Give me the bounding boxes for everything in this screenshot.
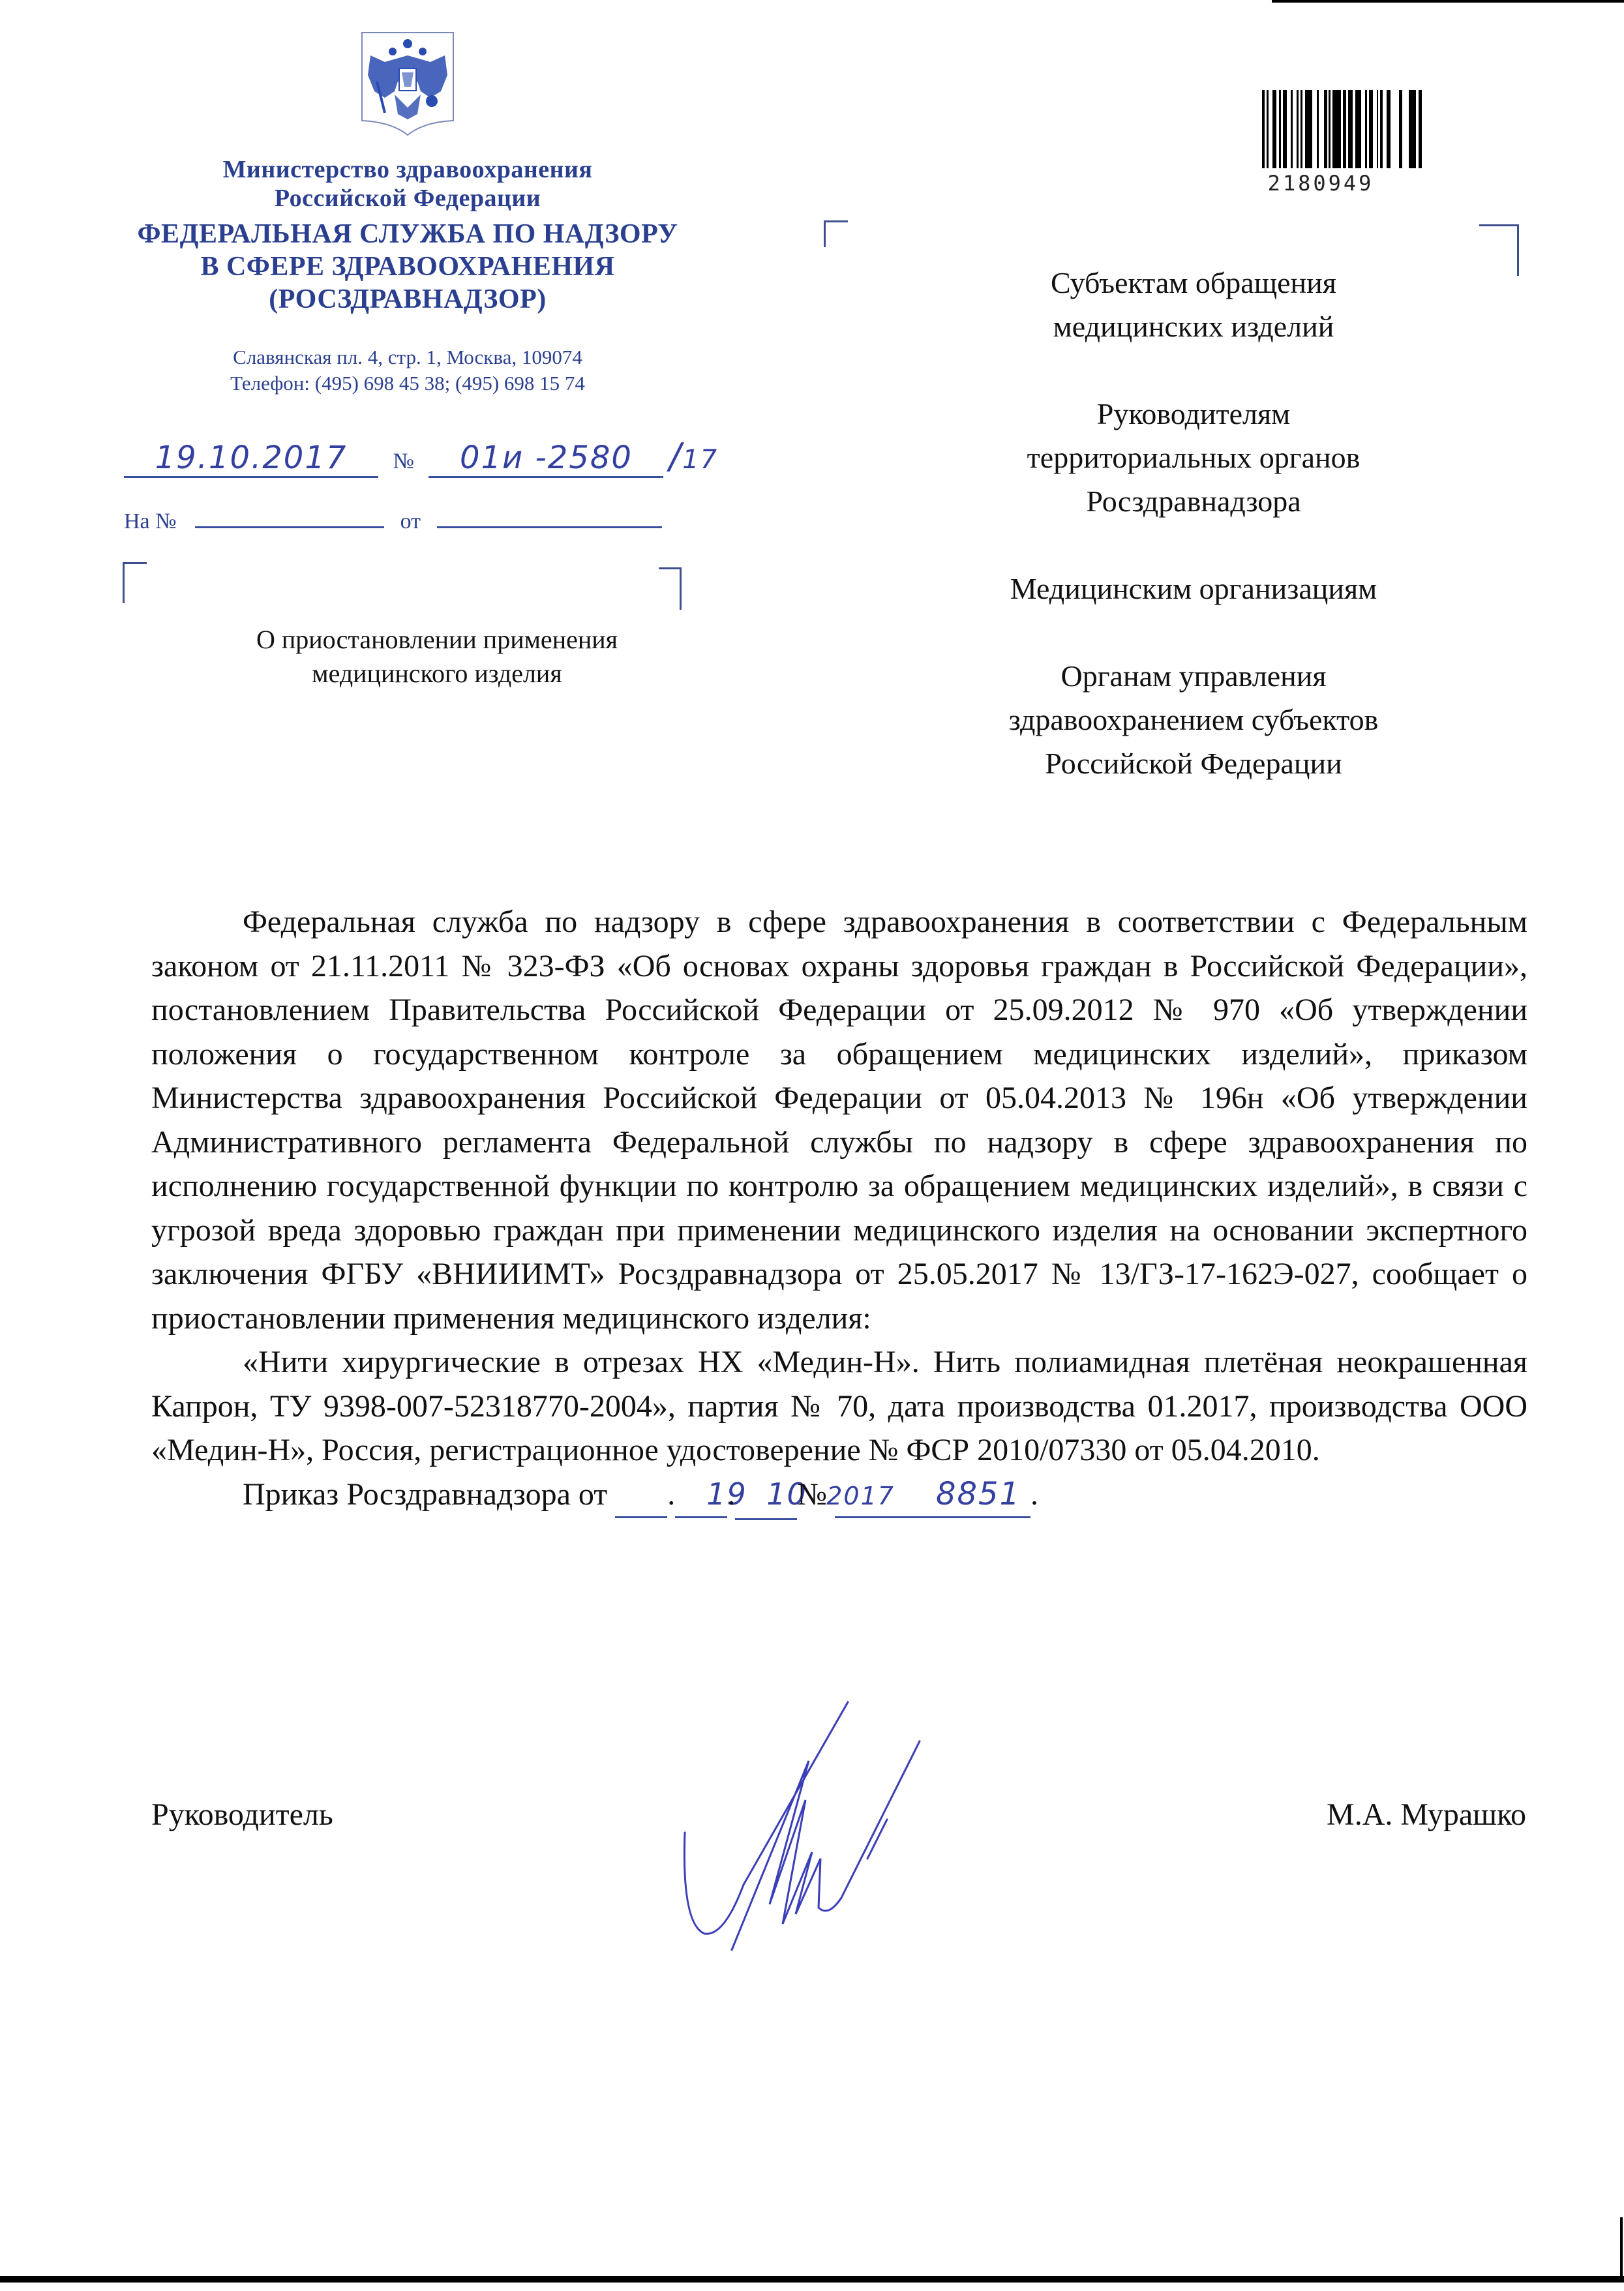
scan-edge-top [1272, 0, 1624, 3]
scan-edge-right [1620, 2217, 1623, 2283]
reply-number-field [195, 505, 384, 528]
number-label: № [393, 449, 414, 473]
barcode-icon [1262, 90, 1422, 168]
reply-from-label: от [400, 509, 421, 533]
addressee-item: Руководителям территориальных органов Ро… [894, 392, 1494, 523]
signatory-name: М.А. Мурашко [1327, 1797, 1526, 1833]
barcode-number: 2180949 [1203, 171, 1438, 196]
addressee-bracket-left [824, 220, 848, 247]
scan-edge-bottom [0, 2276, 1624, 2283]
subject-bracket-right [659, 567, 682, 610]
registration-line: 19.10.2017 № 01и -2580 /17 [124, 436, 718, 478]
registration-date: 19.10.2017 [124, 440, 378, 478]
subject-bracket-left [123, 562, 147, 603]
addressee-item: Субъектам обращения медицинских изделий [894, 261, 1494, 348]
reply-number-label: На № [124, 509, 177, 533]
coat-of-arms-icon [359, 29, 457, 137]
addressee-item: Медицинским организациям [894, 567, 1494, 610]
barcode-block: 2180949 [1223, 65, 1458, 235]
reply-date-field [437, 505, 662, 528]
addressee-item: Органам управления здравоохранением субъ… [894, 654, 1494, 785]
order-month: 10 [675, 1473, 727, 1519]
body-paragraph-device: «Нити хирургические в отрезах НХ «Медин-… [151, 1340, 1527, 1473]
handwritten-signature-icon [672, 1689, 1128, 1963]
agency-address: Славянская пл. 4, стр. 1, Москва, 109074… [104, 344, 711, 397]
addressee-list: Субъектам обращения медицинских изделий … [894, 261, 1494, 829]
order-number: 8851 [835, 1473, 1030, 1519]
slash-mark: / [669, 436, 682, 477]
signatory-title: Руководитель [151, 1797, 333, 1833]
registration-year-suffix: 17 [682, 445, 718, 475]
order-reference: Приказ Росздравнадзора от 19.10.2017№ 88… [151, 1473, 1527, 1521]
order-year: 2017 [735, 1475, 797, 1521]
agency-name: ФЕДЕРАЛЬНАЯ СЛУЖБА ПО НАДЗОРУ В СФЕРЕ ЗД… [104, 218, 711, 316]
body-paragraph-legal-basis: Федеральная служба по надзору в сфере зд… [151, 900, 1527, 1340]
ministry-name: Министерство здравоохранения Российской … [104, 155, 711, 213]
registration-number: 01и -2580 [429, 440, 663, 478]
reply-line: На № от [124, 505, 662, 534]
letterhead: Министерство здравоохранения Российской … [104, 20, 711, 397]
letter-body: Федеральная служба по надзору в сфере зд… [151, 900, 1527, 1520]
letter-subject: О приостановлении применения медицинског… [189, 623, 685, 691]
order-day: 19 [615, 1473, 667, 1519]
